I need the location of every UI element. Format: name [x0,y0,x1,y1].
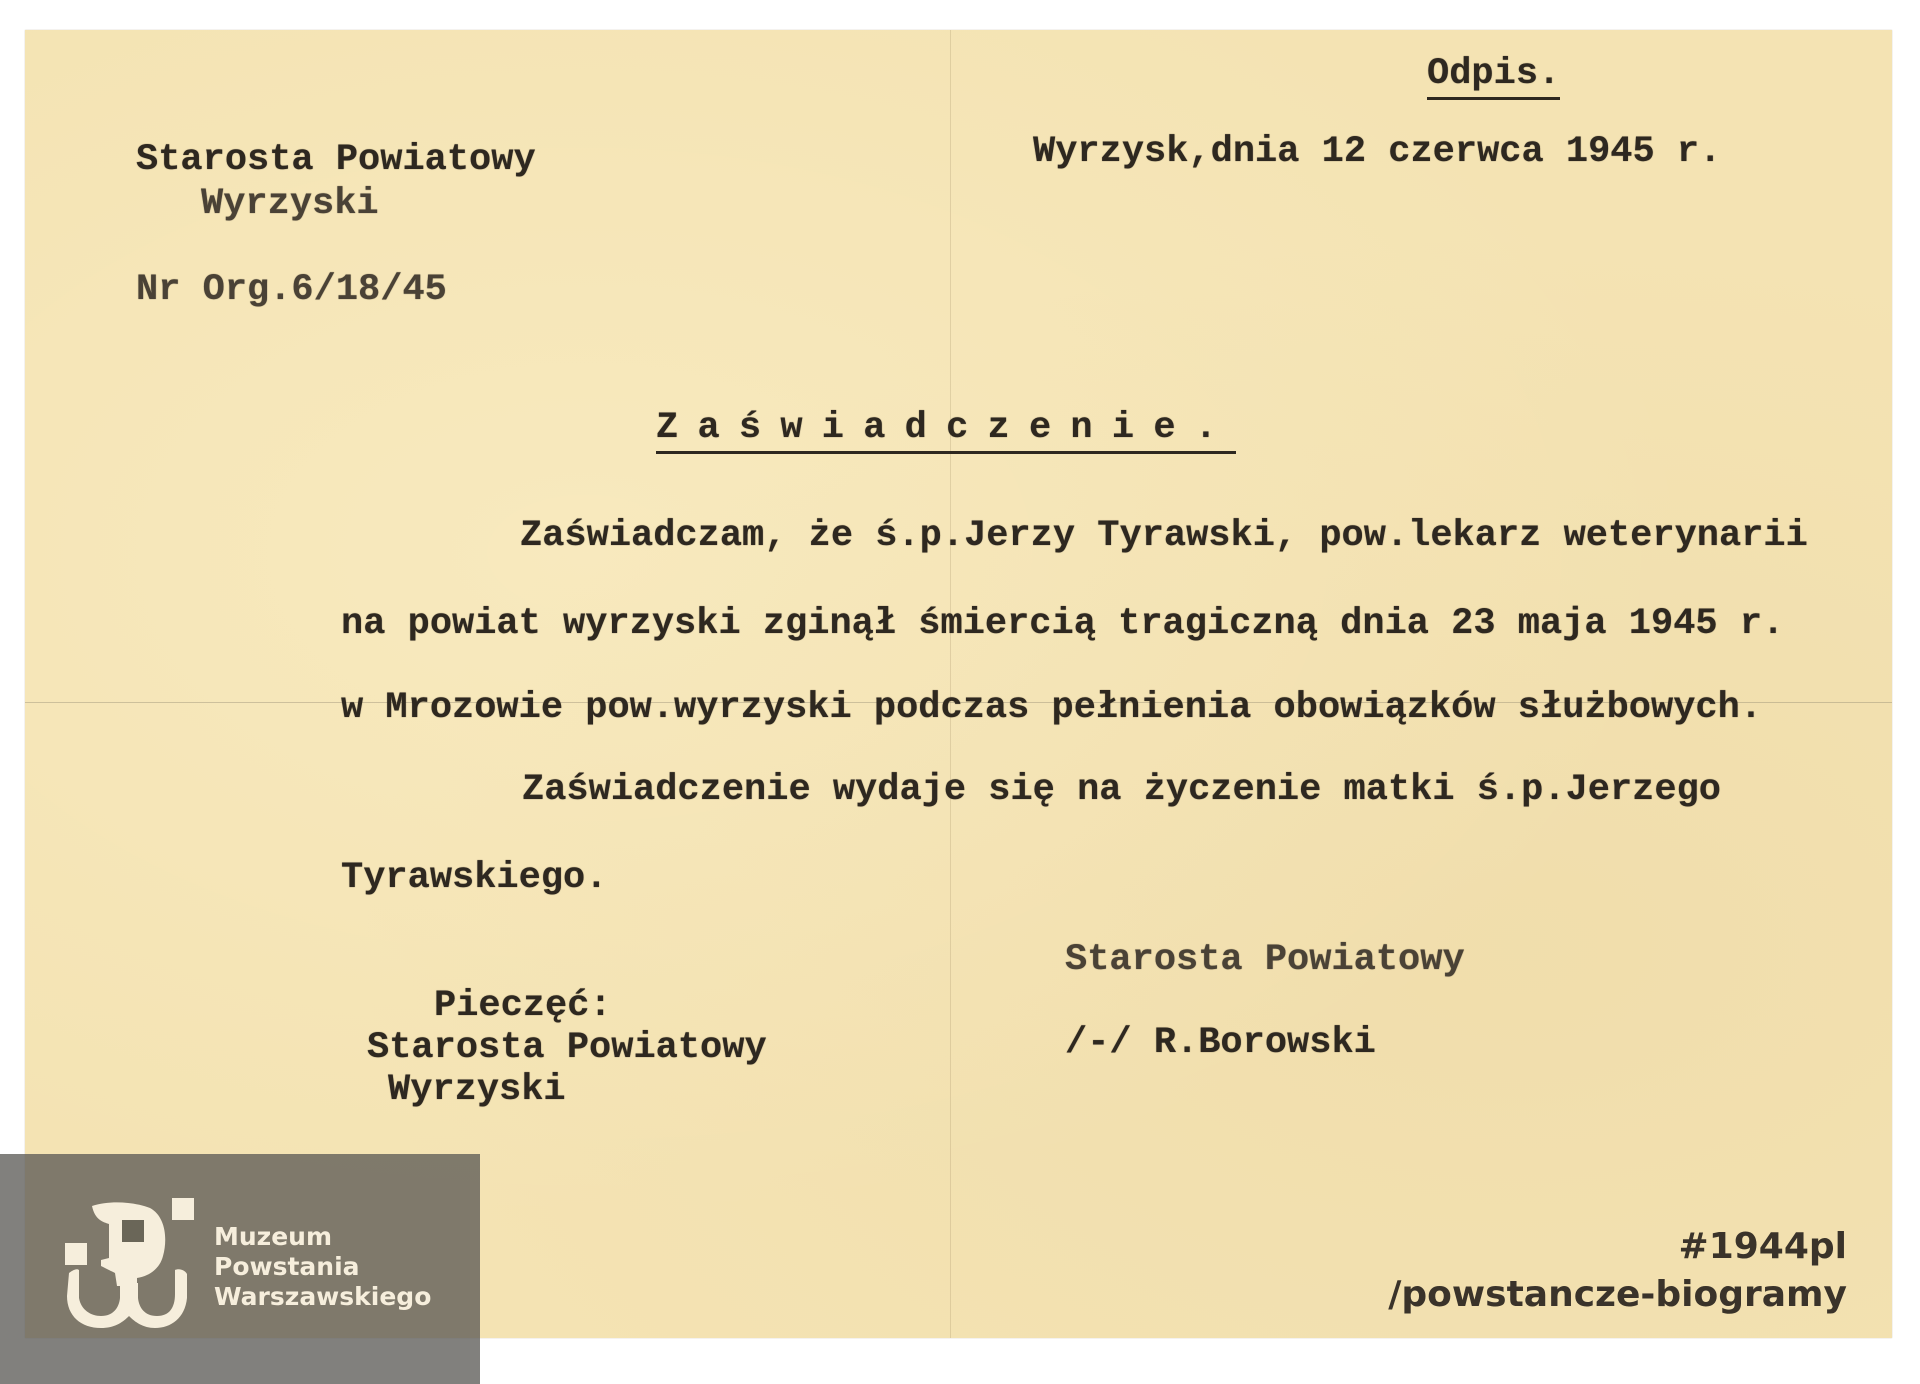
body-line-5: Tyrawskiego. [341,860,607,897]
place-date: Wyrzysk,dnia 12 czerwca 1945 r. [1033,134,1721,171]
body-line-1: Zaświadczam, że ś.p.Jerzy Tyrawski, pow.… [520,518,1808,555]
body-line-4: Zaświadczenie wydaje się na życzenie mat… [522,772,1721,809]
issuer-line-1: Starosta Powiatowy [136,142,536,179]
museum-name-line-3: Warszawskiego [214,1282,431,1312]
kotwica-pw-logo-icon [65,1198,195,1330]
body-line-2: na powiat wyrzyski zginął śmiercią tragi… [341,606,1784,643]
reference-number: Nr Org.6/18/45 [136,272,447,309]
signature-name: /-/ R.Borowski [1065,1025,1376,1062]
seal-line-2: Wyrzyski [388,1072,566,1109]
hashtag-label: #1944pl [1679,1225,1847,1269]
museum-name-line-2: Powstania [214,1252,360,1282]
document-title: Zaświadczenie. [656,410,1236,454]
vertical-fold-line [950,30,951,1338]
museum-name-line-1: Muzeum [214,1222,332,1252]
copy-label: Odpis. [1427,56,1560,100]
document-paper [25,30,1892,1338]
seal-label: Pieczęć: [434,988,612,1025]
body-line-3: w Mrozowie pow.wyrzyski podczas pełnieni… [341,690,1762,727]
signature-title: Starosta Powiatowy [1065,942,1465,979]
biograms-path-label: /powstancze-biogramy [1388,1273,1847,1317]
seal-line-1: Starosta Powiatowy [367,1030,767,1067]
issuer-line-2: Wyrzyski [201,186,379,223]
